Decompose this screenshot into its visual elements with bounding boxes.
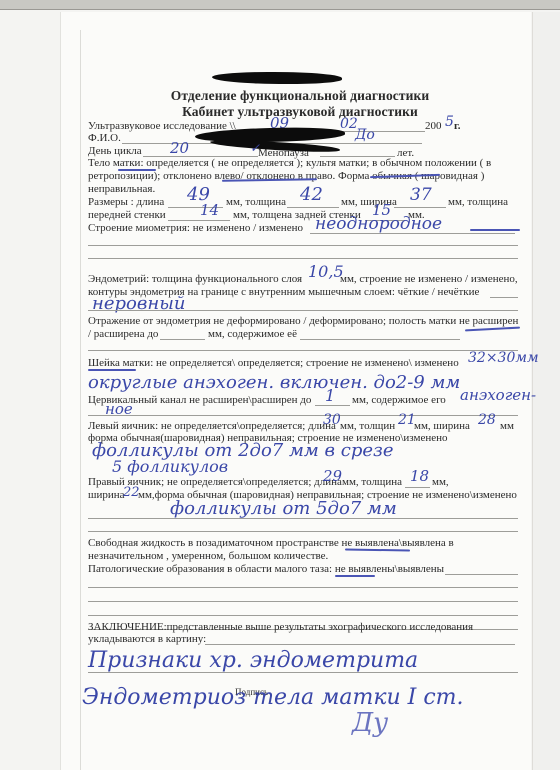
- endometrium-line-4a: / расширена до: [88, 328, 158, 340]
- blank-rule: [88, 531, 518, 532]
- right-ovary-line-1b: мм, толщина: [342, 476, 402, 488]
- blank-rule: [88, 245, 518, 246]
- fio-handwriting: Дo: [355, 127, 375, 143]
- blank-rule: [88, 615, 518, 616]
- uterus-line-1: Тело матки: определяется ( не определяет…: [88, 157, 491, 169]
- underline-mark: [88, 369, 136, 371]
- department-title: Отделение функциональной диагностики: [90, 88, 510, 104]
- exam-year-prefix: 200: [425, 120, 442, 132]
- underline-mark: [470, 229, 520, 231]
- fluid-line-1: Свободная жидкость в позадиматочном прос…: [88, 537, 454, 549]
- thickness-rule: [405, 487, 430, 488]
- right-ovary-line-2a: ширина: [88, 489, 125, 501]
- fluid-line-2: незначительном , умеренном, большом коли…: [88, 550, 328, 562]
- left-ovary-line-1a: Левый яичник: не определяется\определяет…: [88, 420, 336, 432]
- exam-year-unit: г.: [454, 120, 461, 132]
- cervix-note: округлые анэхоген. включен. до2-9 мм: [88, 372, 460, 393]
- blank-rule: [88, 672, 518, 673]
- fio-label: Ф.И.О.: [88, 132, 121, 144]
- cervix-size: 32×30мм: [468, 350, 539, 366]
- conclusion-line-2-visible: укладываются в картину:: [88, 633, 206, 645]
- pathology-line: Патологические образования в области мал…: [88, 563, 444, 575]
- blank-rule: [88, 601, 518, 602]
- right-ovary-note: фолликулы от 5до7 мм: [170, 498, 397, 519]
- endometrium-line-4b: мм, содержимое её: [208, 328, 297, 340]
- thickness-label: мм, толщина: [226, 196, 286, 208]
- blank-rule: [88, 518, 518, 519]
- width-rule: [394, 207, 446, 208]
- uterus-line-3: неправильная.: [88, 183, 155, 195]
- contour-rule: [490, 297, 518, 298]
- canal-rule: [315, 405, 350, 406]
- content-rule: [300, 339, 460, 340]
- scan-top-edge: [0, 0, 560, 10]
- right-ovary-length: 29: [323, 467, 342, 485]
- conclusion-rule: [205, 644, 515, 645]
- endometrium-thickness: 10,5: [308, 262, 344, 281]
- blank-rule: [88, 415, 518, 416]
- underline-mark: [335, 575, 375, 577]
- uterus-width: 37: [410, 185, 432, 205]
- margin-line: [80, 30, 81, 770]
- cervix-line-1: Шейка матки: не определяется\ определяет…: [88, 357, 459, 369]
- endometrium-line-1b: мм, строение не изменено / изменено,: [340, 273, 518, 285]
- conclusion-handwriting-1: Признаки хр. эндометрита: [88, 648, 418, 673]
- canal-content: анэхоген-: [460, 386, 536, 404]
- endometrium-line-1a: Эндометрий: толщина функционального слоя: [88, 273, 302, 285]
- endometrium-line-3: Отражение от эндометрия не деформировано…: [88, 315, 518, 327]
- exam-year-suffix: 5: [445, 114, 454, 130]
- cycle-day-label: День цикла: [88, 145, 142, 157]
- right-ovary-line-1c: мм,: [432, 476, 449, 488]
- expanded-rule: [160, 339, 205, 340]
- front-wall-value: 14: [200, 201, 219, 219]
- blank-rule: [88, 587, 518, 588]
- conclusion-handwriting-2: Эндометриоз тела матки I ст.: [82, 685, 464, 710]
- blank-rule: [88, 258, 518, 259]
- left-ovary-width: 28: [478, 412, 496, 428]
- front-wall-label-b: передней стенки: [88, 209, 166, 221]
- blank-rule: [88, 350, 518, 351]
- left-ovary-line-1b: мм, толщин: [340, 420, 395, 432]
- signature: Ду: [352, 708, 388, 738]
- canal-value: 1: [325, 386, 335, 405]
- myometrium-value: неоднородное: [315, 214, 442, 234]
- myometrium-label: Строение миометрия: не изменено / измене…: [88, 222, 303, 234]
- left-ovary-line-1c: мм, ширина: [414, 420, 470, 432]
- canal-label-b: мм, содержимое его: [352, 394, 446, 406]
- uterus-thickness: 42: [300, 184, 323, 205]
- size-label: Размеры : длина: [88, 196, 164, 208]
- front-wall-label-a: мм, толщина: [448, 196, 508, 208]
- left-ovary-length: 30: [323, 412, 341, 428]
- left-ovary-line-1d: мм: [500, 420, 514, 432]
- thickness-rule: [287, 207, 339, 208]
- cycle-day-value: 20: [170, 139, 189, 157]
- exam-label: Ультразвуковое исследование \\: [88, 120, 236, 132]
- blank-rule: [88, 310, 518, 311]
- scan-right-edge: [532, 12, 560, 770]
- right-ovary-thickness: 18: [410, 467, 429, 485]
- front-wall-rule: [168, 220, 230, 221]
- left-ovary-note-2: 5 фолликулов: [112, 457, 228, 476]
- conclusion-line-1: ЗАКЛЮЧЕНИЕ:представленные выше результат…: [88, 621, 473, 633]
- pathology-rule: [445, 574, 518, 575]
